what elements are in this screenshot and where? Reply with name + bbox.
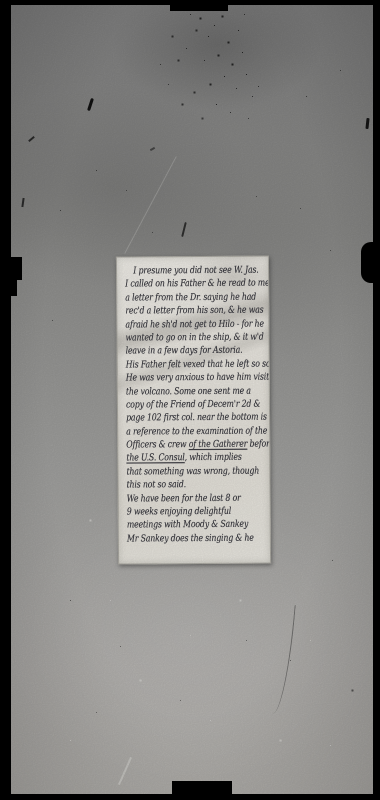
handwriting-line: this not so said. [126, 478, 241, 492]
handwriting-line: wanted to go on in the ship, & it w'd [125, 331, 240, 345]
underlined-phrase: of the Gatherer [189, 439, 248, 450]
underlined-phrase: the U.S. Consul [126, 453, 184, 464]
handwriting-line: rec'd a letter from his son, & he was [125, 304, 240, 318]
frame-clip-right [361, 242, 380, 283]
handwriting-line: Mr Sankey does the singing & he [127, 531, 242, 545]
handwriting-line: copy of the Friend of Decem'r 2d & [126, 398, 241, 412]
handwriting-line: I called on his Father & he read to me [125, 277, 240, 291]
handwriting-line: a reference to the examination of the [126, 424, 241, 438]
handwriting-line: meetings with Moody & Sankey [127, 518, 242, 532]
letter-paper: I presume you did not see W. Jas.I calle… [116, 255, 271, 564]
handwriting-line: 9 weeks enjoying delightful [127, 505, 242, 519]
film-speckles-dark [0, 0, 1, 1]
handwriting-line: We have been for the last 8 or [127, 491, 242, 505]
frame-notch-top [170, 0, 228, 11]
handwriting-line: that something was wrong, though [126, 465, 241, 479]
frame-clip-left-step [0, 279, 17, 296]
handwriting-line: the U.S. Consul, which implies [126, 451, 241, 465]
handwriting-line: leave in a few days for Astoria. [126, 344, 241, 358]
handwriting-line: His Father felt vexed that he left so so… [126, 357, 241, 371]
handwriting-line: the volcano. Some one sent me a [126, 384, 241, 398]
handwriting-line: page 102 first col. near the bottom is [126, 411, 241, 425]
photo-frame: I presume you did not see W. Jas.I calle… [0, 0, 380, 800]
handwriting-line: Officers & crew of the Gatherer before [126, 438, 241, 452]
handwriting-line: He was very anxious to have him visit [126, 371, 241, 385]
handwriting-line: afraid he sh'd not get to Hilo - for he [125, 317, 240, 331]
letter-text: I presume you did not see W. Jas.I calle… [125, 263, 267, 561]
handwriting-line: I presume you did not see W. Jas. [125, 264, 240, 278]
handwriting-line: a letter from the Dr. saying he had [125, 290, 240, 304]
frame-clip-left [0, 257, 22, 280]
film-speckles-light [0, 0, 1, 1]
frame-notch-bottom [172, 781, 232, 800]
